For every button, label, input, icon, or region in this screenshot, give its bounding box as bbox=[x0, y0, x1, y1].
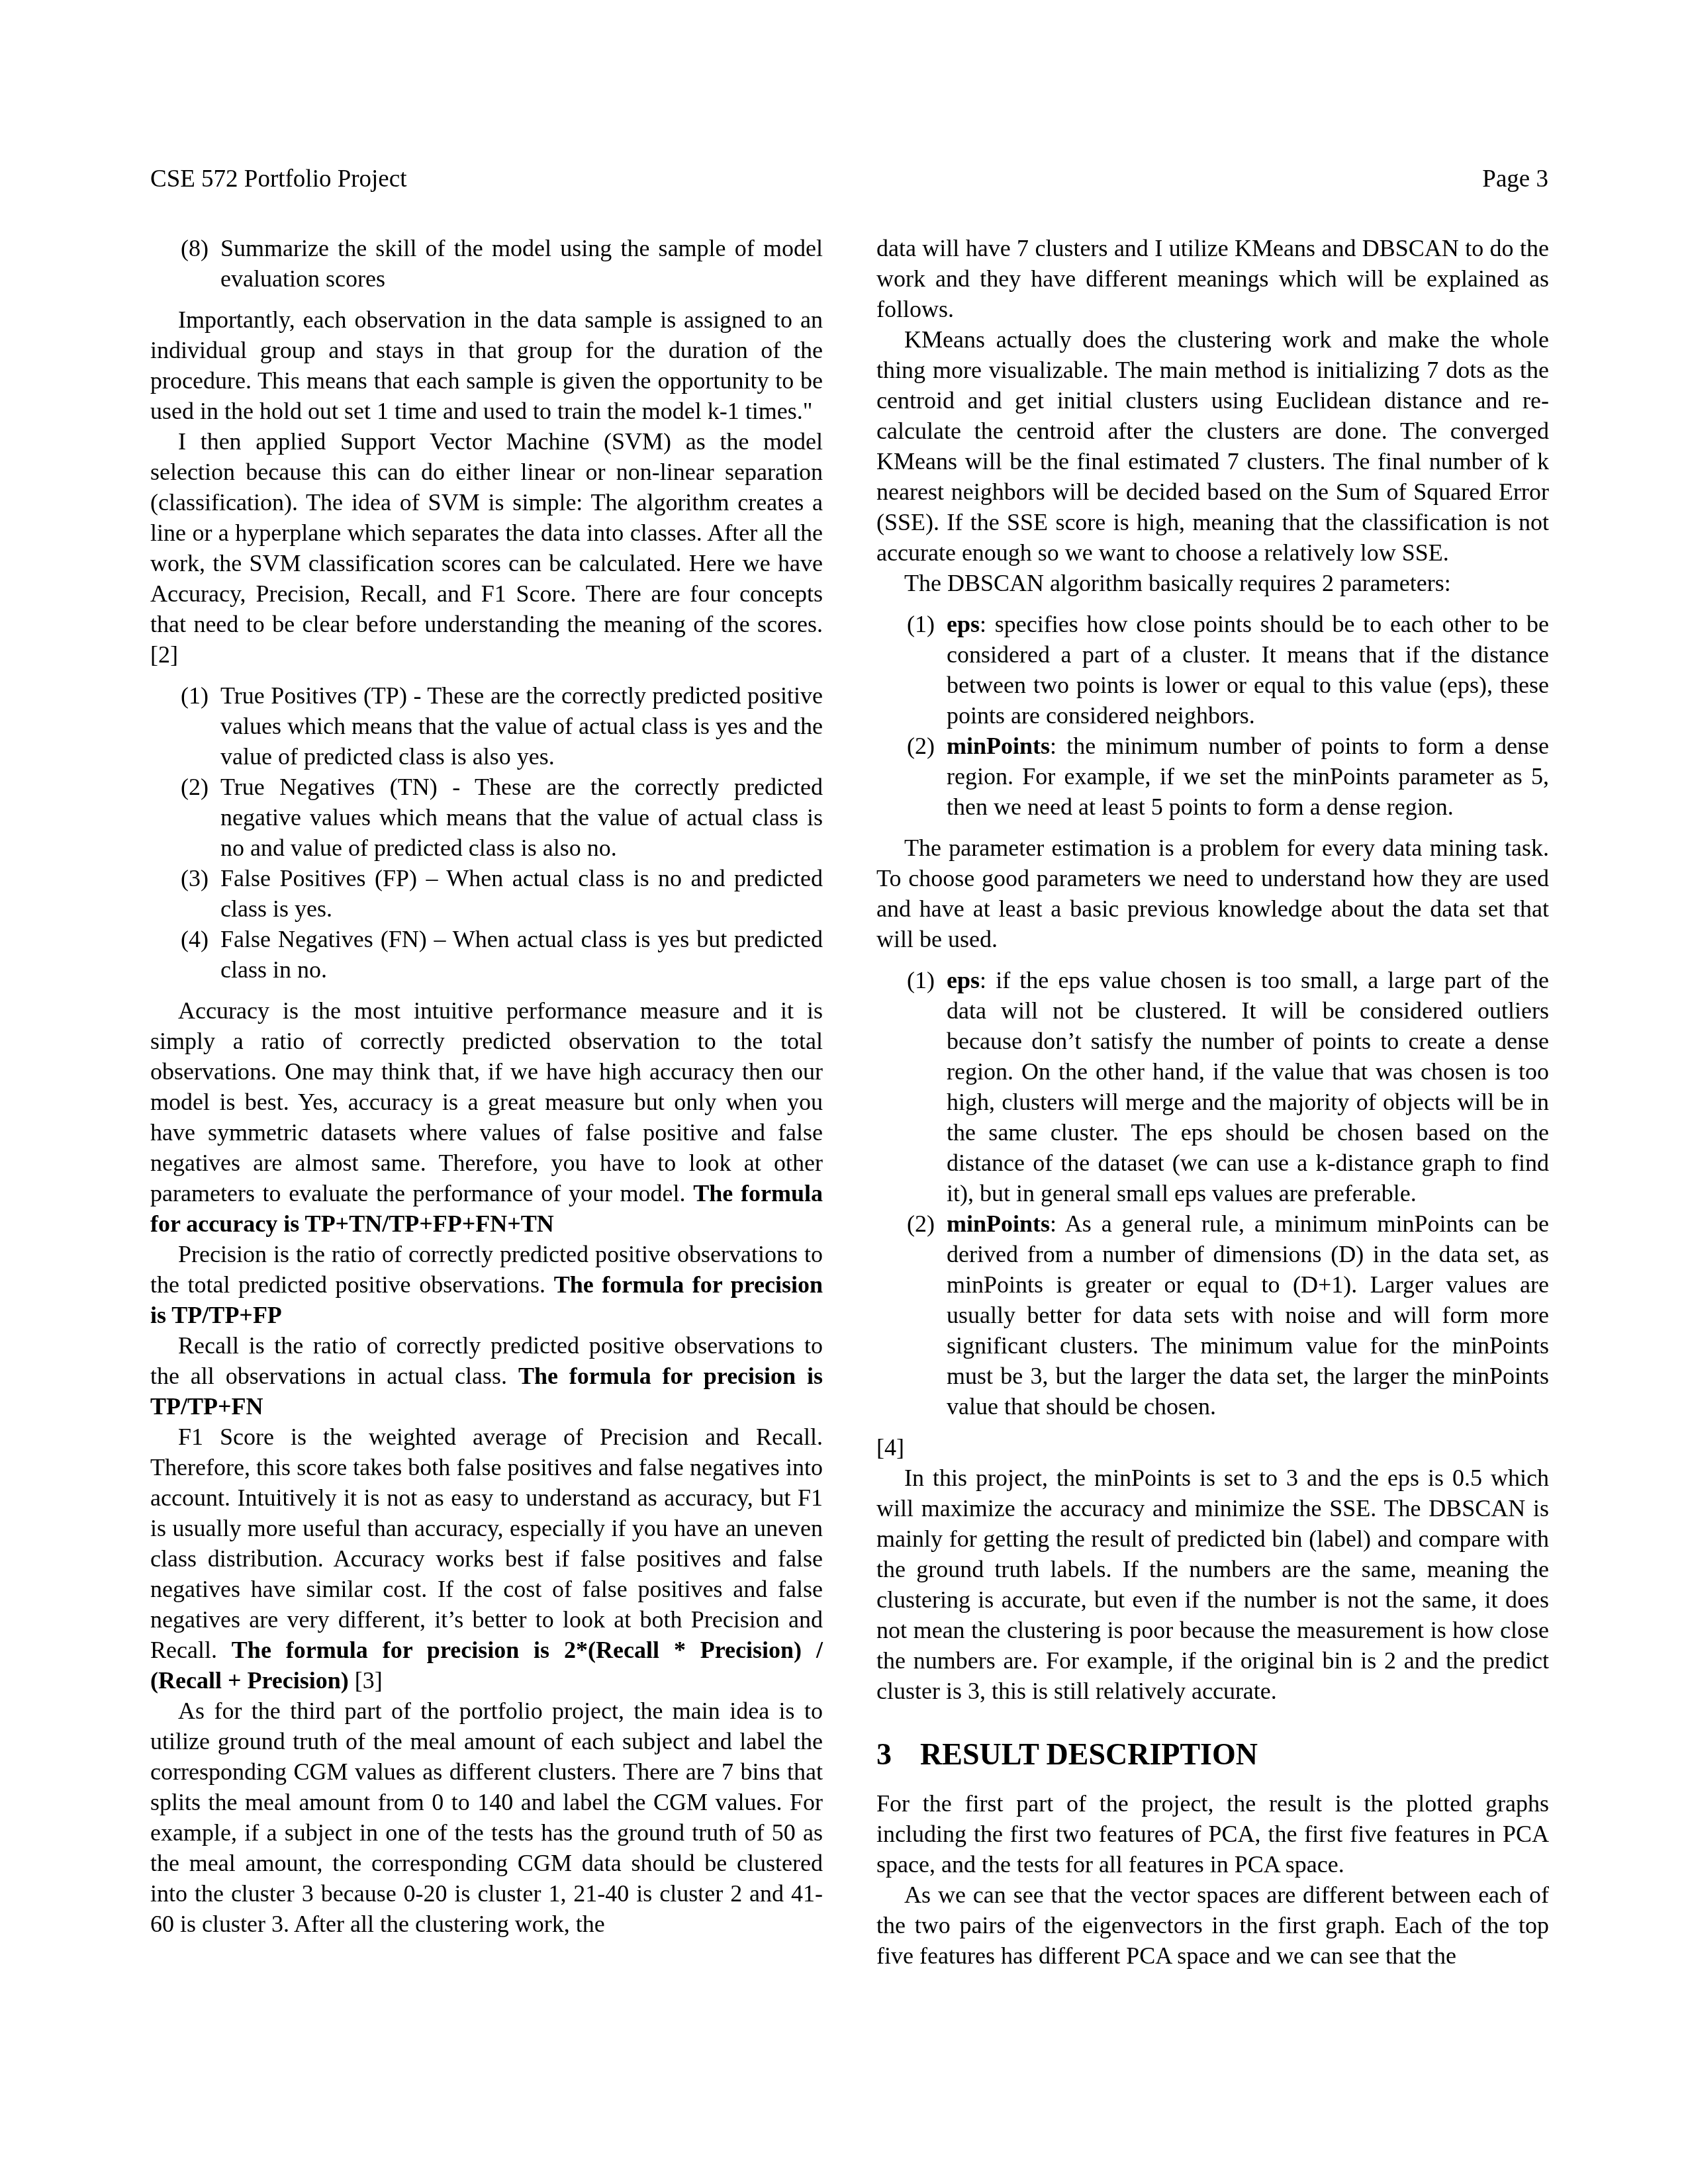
paragraph-project-settings: In this project, the minPoints is set to… bbox=[876, 1463, 1549, 1706]
paragraph-dbscan-parameters: The DBSCAN algorithm basically requires … bbox=[876, 568, 1549, 598]
list-item-false-positives: (3) False Positives (FP) – When actual c… bbox=[150, 863, 823, 924]
list-item-number: (4) bbox=[181, 924, 220, 985]
term-minpoints: minPoints bbox=[947, 733, 1050, 759]
list-item-false-negatives: (4) False Negatives (FN) – When actual c… bbox=[150, 924, 823, 985]
right-column: data will have 7 clusters and I utilize … bbox=[876, 233, 1549, 1971]
list-item-eps-tuning: (1) eps: if the eps value chosen is too … bbox=[876, 965, 1549, 1208]
list-item-text: Summarize the skill of the model using t… bbox=[220, 233, 823, 294]
list-item-number: (2) bbox=[181, 772, 220, 863]
list-item-eps-definition: (1) eps: specifies how close points shou… bbox=[876, 609, 1549, 731]
list-item-number: (2) bbox=[907, 731, 947, 822]
list-item-true-negatives: (2) True Negatives (TN) - These are the … bbox=[150, 772, 823, 863]
paragraph-f1-score: F1 Score is the weighted average of Prec… bbox=[150, 1422, 823, 1696]
paragraph-continuation: data will have 7 clusters and I utilize … bbox=[876, 233, 1549, 324]
running-head-title: CSE 572 Portfolio Project bbox=[150, 164, 406, 194]
list-item-number: (1) bbox=[181, 680, 220, 772]
section-number: 3 bbox=[876, 1737, 920, 1772]
list-item-text: False Positives (FP) – When actual class… bbox=[220, 863, 823, 924]
term-eps: eps bbox=[947, 967, 980, 993]
list-item-number: (1) bbox=[907, 965, 947, 1208]
paragraph-accuracy: Accuracy is the most intuitive performan… bbox=[150, 995, 823, 1239]
list-item-number: (3) bbox=[181, 863, 220, 924]
term-minpoints: minPoints bbox=[947, 1210, 1050, 1237]
f1-formula: The formula for precision is 2*(Recall *… bbox=[150, 1637, 823, 1694]
list-item-true-positives: (1) True Positives (TP) - These are the … bbox=[150, 680, 823, 772]
list-item-text: True Positives (TP) - These are the corr… bbox=[220, 680, 823, 772]
left-column: (8) Summarize the skill of the model usi… bbox=[150, 233, 823, 1939]
list-item-step-8: (8) Summarize the skill of the model usi… bbox=[150, 233, 823, 294]
paragraph-svm: I then applied Support Vector Machine (S… bbox=[150, 426, 823, 670]
list-item-number: (8) bbox=[181, 233, 220, 294]
paragraph-recall: Recall is the ratio of correctly predict… bbox=[150, 1330, 823, 1422]
paper-page: CSE 572 Portfolio Project Page 3 (8) Sum… bbox=[0, 0, 1688, 2184]
list-item-text: eps: if the eps value chosen is too smal… bbox=[947, 965, 1549, 1208]
numbered-list-steps: (8) Summarize the skill of the model usi… bbox=[150, 233, 823, 294]
section-heading-result-description: 3 RESULT DESCRIPTION bbox=[876, 1737, 1549, 1772]
page-number: Page 3 bbox=[1482, 164, 1548, 194]
list-item-minpoints-definition: (2) minPoints: the minimum number of poi… bbox=[876, 731, 1549, 822]
running-header: CSE 572 Portfolio Project Page 3 bbox=[150, 164, 1548, 194]
list-item-minpoints-tuning: (2) minPoints: As a general rule, a mini… bbox=[876, 1208, 1549, 1422]
list-item-text: True Negatives (TN) - These are the corr… bbox=[220, 772, 823, 863]
section-title: RESULT DESCRIPTION bbox=[920, 1737, 1258, 1772]
list-item-text: minPoints: As a general rule, a minimum … bbox=[947, 1208, 1549, 1422]
numbered-list-dbscan-parameters: (1) eps: specifies how close points shou… bbox=[876, 609, 1549, 822]
list-item-number: (1) bbox=[907, 609, 947, 731]
list-item-text: False Negatives (FN) – When actual class… bbox=[220, 924, 823, 985]
numbered-list-confusion-terms: (1) True Positives (TP) - These are the … bbox=[150, 680, 823, 985]
paragraph-parameter-estimation: The parameter estimation is a problem fo… bbox=[876, 833, 1549, 954]
citation-3: [3] bbox=[349, 1667, 383, 1694]
paragraph-result-intro: For the first part of the project, the r… bbox=[876, 1788, 1549, 1880]
paragraph-importantly: Importantly, each observation in the dat… bbox=[150, 304, 823, 426]
paragraph-third-part: As for the third part of the portfolio p… bbox=[150, 1696, 823, 1939]
paragraph-kmeans: KMeans actually does the clustering work… bbox=[876, 324, 1549, 568]
list-item-number: (2) bbox=[907, 1208, 947, 1422]
paragraph-result-vectors: As we can see that the vector spaces are… bbox=[876, 1880, 1549, 1971]
numbered-list-parameter-tuning: (1) eps: if the eps value chosen is too … bbox=[876, 965, 1549, 1422]
citation-4: [4] bbox=[876, 1432, 1549, 1463]
term-eps: eps bbox=[947, 611, 980, 637]
paragraph-precision: Precision is the ratio of correctly pred… bbox=[150, 1239, 823, 1330]
list-item-text: minPoints: the minimum number of points … bbox=[947, 731, 1549, 822]
list-item-text: eps: specifies how close points should b… bbox=[947, 609, 1549, 731]
